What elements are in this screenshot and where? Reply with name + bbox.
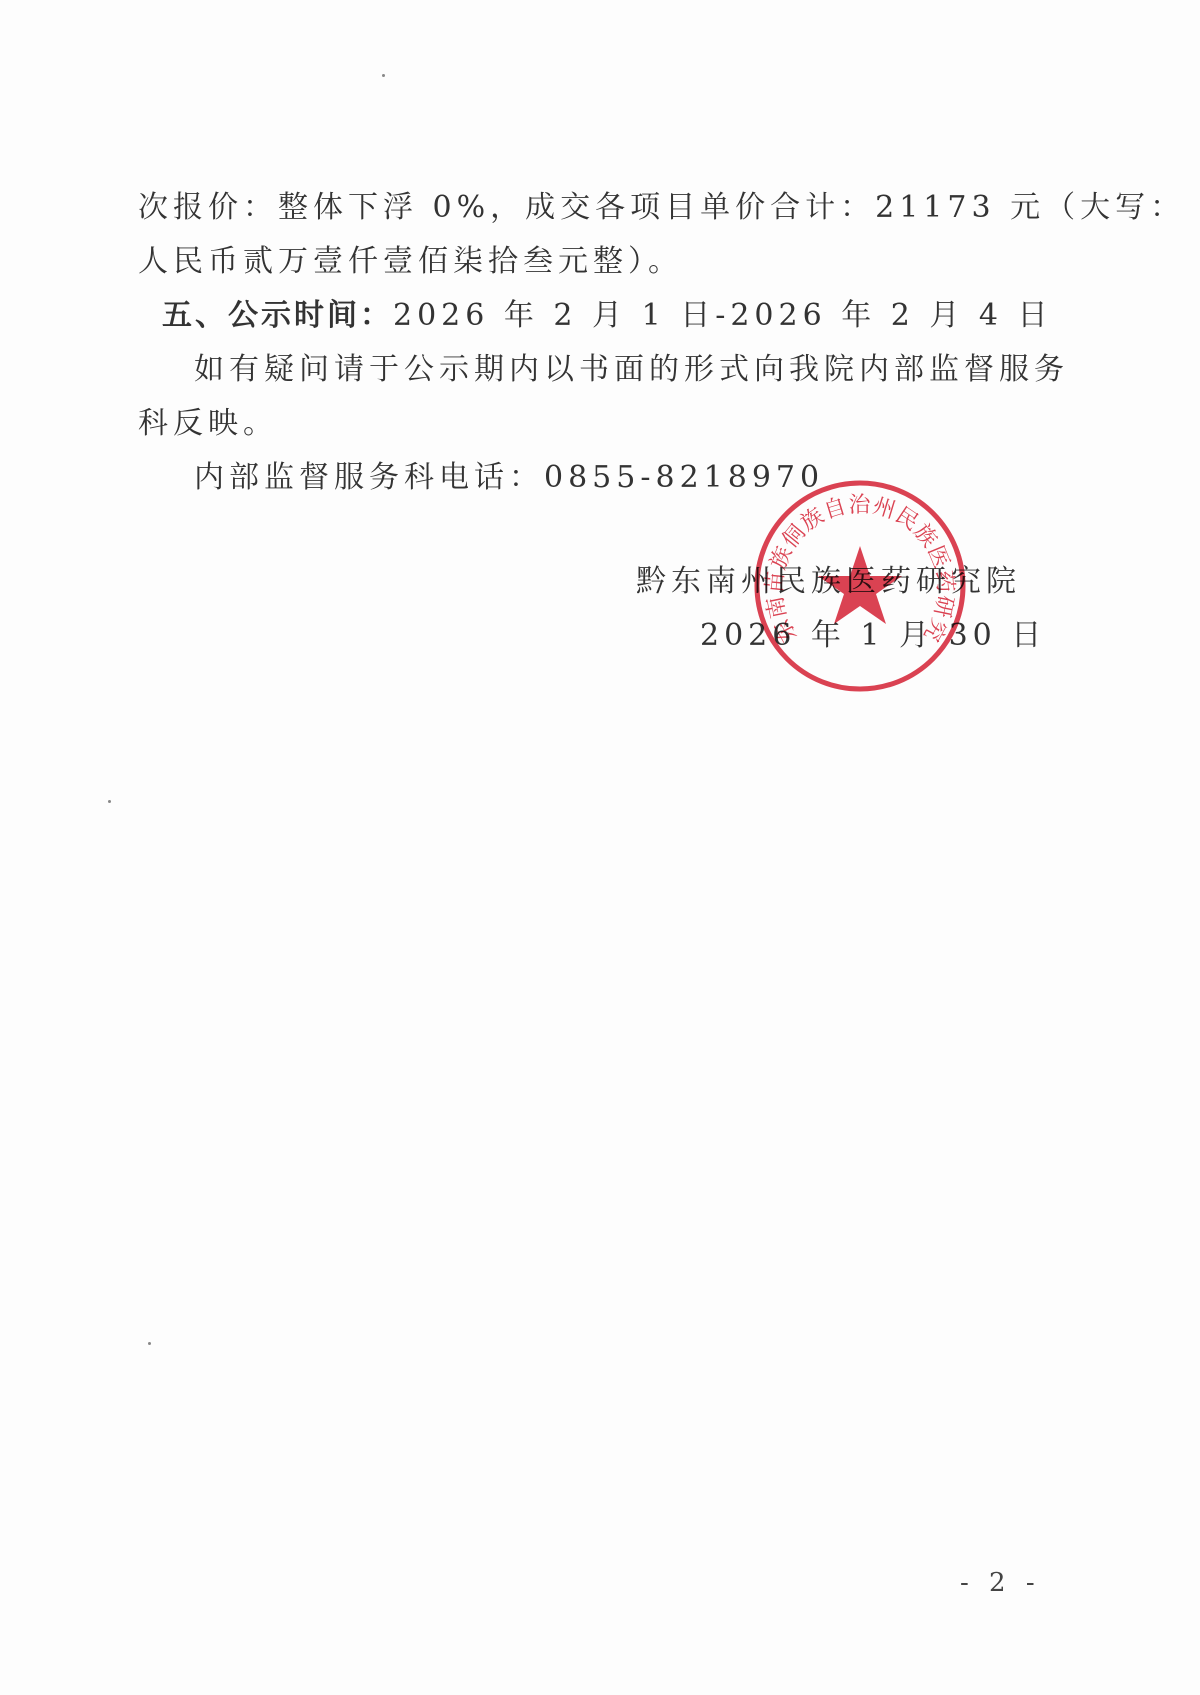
scan-speck xyxy=(382,74,385,77)
section-5-label: 五、公示时间： xyxy=(162,298,393,333)
phone-line: 内部监督服务科电话：0855-8218970 xyxy=(194,458,824,498)
price-line-1: 次报价：整体下浮 0%，成交各项目单价合计：21173 元（大写： xyxy=(138,188,1185,228)
document-page: 次报价：整体下浮 0%，成交各项目单价合计：21173 元（大写： 人民币贰万壹… xyxy=(0,0,1200,1695)
page-number: - 2 - xyxy=(960,1568,1041,1598)
scan-speck xyxy=(108,800,111,803)
price-line-2: 人民币贰万壹仟壹佰柒拾叁元整）。 xyxy=(138,242,683,282)
official-seal: 黔东南苗族侗族自治州民族医药研究所 xyxy=(752,478,968,694)
inquiry-line-1: 如有疑问请于公示期内以书面的形式向我院内部监督服务 xyxy=(194,350,1069,390)
section-5-value: 2026 年 2 月 1 日-2026 年 2 月 4 日 xyxy=(393,298,1053,333)
star-icon xyxy=(818,546,902,624)
inquiry-line-2: 科反映。 xyxy=(138,404,278,444)
section-5-line: 五、公示时间：2026 年 2 月 1 日-2026 年 2 月 4 日 xyxy=(162,296,1053,336)
scan-speck xyxy=(148,1342,151,1345)
